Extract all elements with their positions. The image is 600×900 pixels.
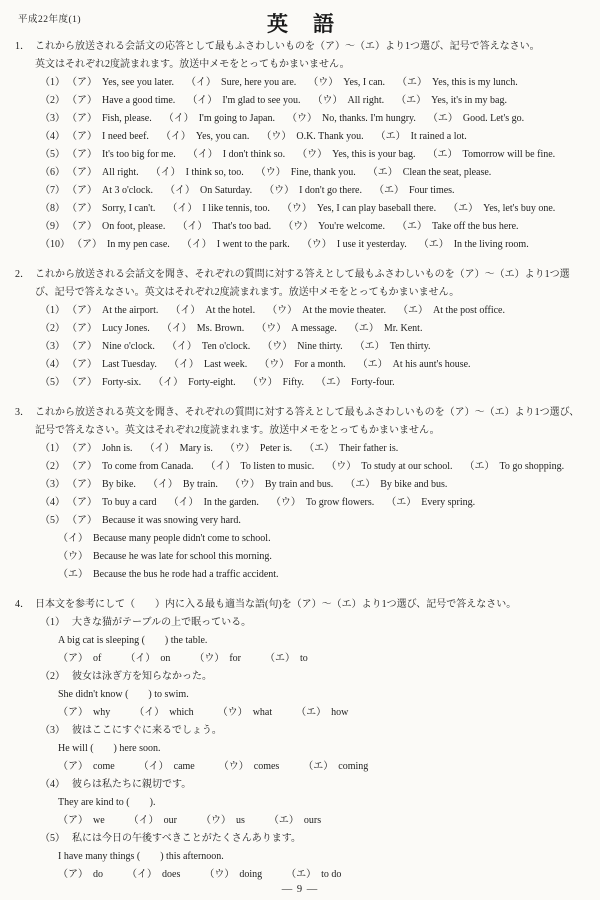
option-text: ours [304, 815, 321, 826]
option-marker: （イ） [167, 203, 197, 214]
question-item: （5）（ア）Forty-six.（イ）Forty-eight.（ウ）Fifty.… [15, 374, 588, 392]
option: （エ）Forty-four. [316, 377, 395, 388]
option-marker: （ウ） [282, 203, 312, 214]
option-text: At 3 o'clock. [102, 185, 153, 196]
question-item: （5）（ア）Because it was snowing very hard. [15, 512, 588, 530]
option-text: on [160, 653, 170, 664]
option: （エ）how [296, 707, 348, 718]
question-item: （2）（ア）To come from Canada.（イ）To listen t… [15, 458, 588, 476]
option: （ア）At 3 o'clock. [72, 185, 153, 196]
option-marker: （ア） [58, 761, 88, 772]
section-instruction: 英文はそれぞれ2度読まれます。放送中メモをとってもかまいません。 [35, 59, 350, 70]
option-marker: （エ） [428, 149, 458, 160]
option-text: O.K. Thank you. [296, 131, 363, 142]
option-marker: （ウ） [194, 653, 224, 664]
option: （ウ）us [201, 815, 245, 826]
item-number: （2） [40, 671, 65, 682]
option-marker: （イ） [125, 653, 155, 664]
item-number: （4） [40, 359, 65, 370]
option-marker: （エ） [419, 239, 449, 250]
section-number: 2． [15, 266, 35, 284]
option-text: Fifty. [283, 377, 304, 388]
option-marker: （イ） [58, 533, 88, 544]
item-options-line: （ア）come（イ）came（ウ）comes（エ）coming [15, 758, 588, 776]
option: （エ）Take off the bus here. [397, 221, 519, 232]
option-text: Because many people didn't come to schoo… [93, 533, 271, 544]
section-instruction: 記号で答えなさい。英文はそれぞれ2度読まれます。放送中メモをとってもかまいません… [35, 425, 440, 436]
option: （エ）to [265, 653, 308, 664]
option: （イ）That's too bad. [177, 221, 271, 232]
option-text: doing [239, 869, 262, 880]
option: （イ）I think so, too. [151, 167, 244, 178]
section-2: 2．これから放送される会話文を聞き、それぞれの質問に対する答えとして最もふさわし… [15, 266, 588, 392]
option: （ア）Yes, see you later. [72, 77, 174, 88]
option: （ウ）doing [204, 869, 262, 880]
option-marker: （ウ） [271, 497, 301, 508]
option-marker: （イ） [187, 95, 217, 106]
option-text: to [300, 653, 308, 664]
option: （イ）On Saturday. [165, 185, 252, 196]
option: （エ）Mr. Kent. [349, 323, 423, 334]
item-japanese-sentence: 私には今日の午後すべきことがたくさんあります。 [72, 833, 301, 844]
option-text: Take off the bus here. [432, 221, 519, 232]
option: （エ）It rained a lot. [376, 131, 467, 142]
option-marker: （ア） [58, 653, 88, 664]
section-number: 4． [15, 596, 35, 614]
item-number: （1） [40, 305, 65, 316]
option-text: To grow flowers. [306, 497, 374, 508]
option-text: Every spring. [421, 497, 475, 508]
option-marker: （ア） [72, 221, 97, 232]
option-marker: （イ） [127, 869, 157, 880]
option-text: That's too bad. [212, 221, 271, 232]
option-text: Mr. Kent. [384, 323, 423, 334]
option-marker: （エ） [296, 707, 326, 718]
option-text: Ms. Brown. [197, 323, 245, 334]
option-text: No, thanks. I'm hungry. [322, 113, 416, 124]
item-number: （3） [40, 479, 65, 490]
option-marker: （イ） [169, 497, 199, 508]
item-number: （3） [40, 725, 65, 736]
option-text: I went to the park. [217, 239, 290, 250]
question-item: （2）彼女は泳ぎ方を知らなかった。 [15, 668, 588, 686]
option: （ウ）Peter is. [225, 443, 292, 454]
option-marker: （ウ） [262, 341, 292, 352]
question-item: （1）（ア）John is.（イ）Mary is.（ウ）Peter is.（エ）… [15, 440, 588, 458]
option-marker: （ウ） [313, 95, 343, 106]
option: （ア）Nine o'clock. [72, 341, 155, 352]
option-marker: （ア） [58, 869, 88, 880]
option-marker: （ウ） [287, 113, 317, 124]
option: （イ）came [139, 761, 195, 772]
item-number: （5） [40, 833, 65, 844]
item-number: （1） [40, 617, 65, 628]
option-marker: （イ） [148, 479, 178, 490]
option-marker: （エ） [358, 359, 388, 370]
option-text: In my pen case. [107, 239, 170, 250]
option: （エ）Tomorrow will be fine. [428, 149, 556, 160]
item-options-line: （ア）of（イ）on（ウ）for（エ）to [15, 650, 588, 668]
item-japanese-sentence: 大きな猫がテーブルの上で眠っている。 [72, 617, 251, 628]
option: （ア）do [58, 869, 103, 880]
option: （ウ）Yes, this is your bag. [297, 149, 415, 160]
option-text: John is. [102, 443, 133, 454]
option-marker: （ア） [77, 239, 102, 250]
option-marker: （ア） [72, 305, 97, 316]
item-english-line: He will ( ) here soon. [15, 740, 588, 758]
option-marker: （イ） [169, 359, 199, 370]
option-text: we [93, 815, 105, 826]
question-item: （6）（ア）All right.（イ）I think so, too.（ウ）Fi… [15, 164, 588, 182]
question-item: （7）（ア）At 3 o'clock.（イ）On Saturday.（ウ）I d… [15, 182, 588, 200]
item-number: （9） [40, 221, 65, 232]
item-option-line: （エ）Because the bus he rode had a traffic… [15, 566, 588, 584]
option: （ウ）Yes, I can play baseball there. [282, 203, 436, 214]
option: （イ）Ten o'clock. [167, 341, 250, 352]
question-item: （1）大きな猫がテーブルの上で眠っている。 [15, 614, 588, 632]
option: （ウ）A message. [256, 323, 337, 334]
item-english-line: I have many things ( ) this afternoon. [15, 848, 588, 866]
option: （ウ）Because he was late for school this m… [58, 551, 272, 562]
option-marker: （ア） [72, 479, 97, 490]
option-marker: （ウ） [201, 815, 231, 826]
option: （エ）Every spring. [386, 497, 475, 508]
item-number: （5） [40, 515, 65, 526]
option: （イ）Last week. [169, 359, 247, 370]
option: （エ）By bike and bus. [345, 479, 447, 490]
option-text: Sorry, I can't. [102, 203, 155, 214]
option-marker: （エ） [304, 443, 334, 454]
option-text: our [164, 815, 177, 826]
option-text: To buy a card [102, 497, 157, 508]
option: （エ）In the living room. [419, 239, 529, 250]
option-marker: （イ） [177, 221, 207, 232]
item-english-sentence: She didn't know ( ) to swim. [58, 689, 189, 700]
option: （イ）Sure, here you are. [186, 77, 296, 88]
option-text: Forty-four. [351, 377, 395, 388]
option-marker: （ウ） [259, 359, 289, 370]
option-text: Because he was late for school this morn… [93, 551, 272, 562]
option: （ア）In my pen case. [77, 239, 170, 250]
question-item: （4）（ア）I need beef.（イ）Yes, you can.（ウ）O.K… [15, 128, 588, 146]
option: （イ）I'm going to Japan. [164, 113, 275, 124]
option: （イ）which [134, 707, 193, 718]
section-heading-line: 2．これから放送される会話文を聞き、それぞれの質問に対する答えとして最もふさわし… [15, 266, 588, 284]
option-text: Because the bus he rode had a traffic ac… [93, 569, 279, 580]
option: （エ）Ten thirty. [355, 341, 431, 352]
option-text: I need beef. [102, 131, 149, 142]
option: （エ）ours [269, 815, 321, 826]
option-text: which [169, 707, 193, 718]
option-marker: （ア） [72, 131, 97, 142]
option-text: It rained a lot. [411, 131, 467, 142]
option: （ウ）You're welcome. [283, 221, 385, 232]
item-number: （6） [40, 167, 65, 178]
option: （ア）Fish, please. [72, 113, 152, 124]
item-english-sentence: They are kind to ( ). [58, 797, 155, 808]
option: （ウ）Fine, thank you. [256, 167, 356, 178]
option: （エ）Yes, let's buy one. [448, 203, 555, 214]
option: （ウ）Yes, I can. [308, 77, 385, 88]
option-marker: （ア） [72, 341, 97, 352]
option: （ア）Forty-six. [72, 377, 141, 388]
option-marker: （ウ） [225, 443, 255, 454]
option-text: Yes, I can play baseball there. [317, 203, 436, 214]
question-item: （4）（ア）To buy a card（イ）In the garden.（ウ）T… [15, 494, 588, 512]
option-text: Yes, I can. [343, 77, 385, 88]
item-number: （2） [40, 95, 65, 106]
option-text: Forty-eight. [188, 377, 236, 388]
item-options-line: （ア）do（イ）does（ウ）doing（エ）to do [15, 866, 588, 884]
option-text: You're welcome. [318, 221, 385, 232]
option-marker: （エ） [316, 377, 346, 388]
section-1: 1．これから放送される会話文の応答として最もふさわしいものを（ア）～（エ）より1… [15, 38, 588, 254]
option-marker: （ウ） [204, 869, 234, 880]
item-japanese-sentence: 彼はここにすぐに来るでしょう。 [72, 725, 222, 736]
option: （エ）Their father is. [304, 443, 398, 454]
option-marker: （ウ） [302, 239, 332, 250]
option-marker: （ウ） [297, 149, 327, 160]
option: （ア）Lucy Jones. [72, 323, 150, 334]
option: （エ）At the post office. [398, 305, 505, 316]
option-text: At the post office. [433, 305, 505, 316]
section-heading-line: 3．これから放送される英文を聞き、それぞれの質問に対する答えとして最もふさわしい… [15, 404, 588, 422]
option: （ア）To come from Canada. [72, 461, 194, 472]
option: （ア）why [58, 707, 110, 718]
option-text: Fish, please. [102, 113, 152, 124]
option: （エ）to do [286, 869, 341, 880]
option-text: I like tennis, too. [202, 203, 270, 214]
option: （ウ）To study at our school. [326, 461, 452, 472]
option-text: To listen to music. [241, 461, 315, 472]
option-text: I use it yesterday. [337, 239, 407, 250]
option: （ア）All right. [72, 167, 139, 178]
option-marker: （イ） [129, 815, 159, 826]
item-options-line: （ア）why（イ）which（ウ）what（エ）how [15, 704, 588, 722]
option-text: For a month. [294, 359, 345, 370]
option-text: Yes, this is my lunch. [432, 77, 518, 88]
option-marker: （ウ） [256, 323, 286, 334]
option-text: I'm glad to see you. [222, 95, 300, 106]
option-marker: （イ） [182, 239, 212, 250]
option-text: I think so, too. [186, 167, 244, 178]
option-text: for [229, 653, 241, 664]
option: （ウ）I don't go there. [264, 185, 362, 196]
option: （イ）our [129, 815, 177, 826]
option: （ウ）Nine thirty. [262, 341, 342, 352]
option-text: Mary is. [180, 443, 213, 454]
option-marker: （エ） [374, 185, 404, 196]
item-number: （4） [40, 497, 65, 508]
question-item: （1）（ア）Yes, see you later.（イ）Sure, here y… [15, 74, 588, 92]
section-number: 3． [15, 404, 35, 422]
option-marker: （イ） [161, 131, 191, 142]
option-text: To study at our school. [361, 461, 452, 472]
option: （ア）On foot, please. [72, 221, 165, 232]
option-marker: （エ） [349, 323, 379, 334]
question-item: （3）（ア）Nine o'clock.（イ）Ten o'clock.（ウ）Nin… [15, 338, 588, 356]
item-option-line: （ウ）Because he was late for school this m… [15, 548, 588, 566]
section-instruction-line: 記号で答えなさい。英文はそれぞれ2度読まれます。放送中メモをとってもかまいません… [15, 422, 588, 440]
option-marker: （ウ） [264, 185, 294, 196]
option: （ア）of [58, 653, 101, 664]
option: （エ）Four times. [374, 185, 455, 196]
option-text: comes [254, 761, 280, 772]
page-number: — 9 — [0, 884, 600, 895]
option-text: Yes, let's buy one. [483, 203, 555, 214]
item-option-line: （イ）Because many people didn't come to sc… [15, 530, 588, 548]
option-marker: （ウ） [256, 167, 286, 178]
option: （ウ）what [218, 707, 272, 718]
section-instruction: これから放送される会話文の応答として最もふさわしいものを（ア）～（エ）より1つ選… [35, 41, 540, 52]
option-text: On Saturday. [200, 185, 252, 196]
option-text: I don't go there. [299, 185, 362, 196]
option: （ウ）For a month. [259, 359, 345, 370]
question-item: （5）（ア）It's too big for me.（イ）I don't thi… [15, 146, 588, 164]
question-sections: 1．これから放送される会話文の応答として最もふさわしいものを（ア）～（エ）より1… [15, 38, 588, 884]
option: （エ）Because the bus he rode had a traffic… [58, 569, 279, 580]
option-marker: （ウ） [308, 77, 338, 88]
option: （ア）I need beef. [72, 131, 149, 142]
option: （ウ）for [194, 653, 241, 664]
option-text: Lucy Jones. [102, 323, 150, 334]
section-4: 4．日本文を参考にして（ ）内に入る最も適当な語(句)を（ア）～（エ）より1つ選… [15, 596, 588, 884]
question-item: （5）私には今日の午後すべきことがたくさんあります。 [15, 830, 588, 848]
option: （ア）we [58, 815, 105, 826]
option-marker: （エ） [397, 77, 427, 88]
option-marker: （イ） [167, 341, 197, 352]
option-marker: （ウ） [267, 305, 297, 316]
option: （イ）To listen to music. [206, 461, 315, 472]
option-text: I don't think so. [223, 149, 285, 160]
question-item: （8）（ア）Sorry, I can't.（イ）I like tennis, t… [15, 200, 588, 218]
option: （イ）I'm glad to see you. [187, 95, 300, 106]
question-item: （3）彼はここにすぐに来るでしょう。 [15, 722, 588, 740]
option-marker: （ウ） [248, 377, 278, 388]
option-text: Because it was snowing very hard. [102, 515, 241, 526]
option: （ウ）Fifty. [248, 377, 304, 388]
option-text: By train. [183, 479, 218, 490]
option-marker: （エ） [265, 653, 295, 664]
option: （ウ）By train and bus. [230, 479, 333, 490]
section-instruction-line: 英文はそれぞれ2度読まれます。放送中メモをとってもかまいません。 [15, 56, 588, 74]
option-marker: （ア） [72, 497, 97, 508]
option-text: Yes, this is your bag. [332, 149, 415, 160]
option-text: To go shopping. [500, 461, 565, 472]
item-number: （4） [40, 779, 65, 790]
item-number: （10） [40, 239, 70, 250]
option: （エ）coming [303, 761, 368, 772]
option: （イ）In the garden. [169, 497, 259, 508]
option: （ウ）No, thanks. I'm hungry. [287, 113, 416, 124]
option-marker: （エ） [269, 815, 299, 826]
question-item: （9）（ア）On foot, please.（イ）That's too bad.… [15, 218, 588, 236]
option-text: Clean the seat, please. [403, 167, 492, 178]
option-text: come [93, 761, 115, 772]
section-3: 3．これから放送される英文を聞き、それぞれの質問に対する答えとして最もふさわしい… [15, 404, 588, 584]
option-text: I'm going to Japan. [199, 113, 275, 124]
item-japanese-sentence: 彼らは私たちに親切です。 [72, 779, 191, 790]
option-text: By train and bus. [265, 479, 333, 490]
option: （ウ）All right. [313, 95, 385, 106]
option-marker: （ウ） [261, 131, 291, 142]
option-marker: （ア） [58, 707, 88, 718]
option: （イ）Because many people didn't come to sc… [58, 533, 271, 544]
exam-page: 平成22年度(1) 英 語 1．これから放送される会話文の応答として最もふさわし… [0, 0, 600, 900]
option-text: Last week. [204, 359, 247, 370]
option-marker: （ア） [72, 359, 97, 370]
item-english-line: A big cat is sleeping ( ) the table. [15, 632, 588, 650]
option: （エ）Yes, it's in my bag. [396, 95, 507, 106]
option-marker: （エ） [368, 167, 398, 178]
option-text: Good. Let's go. [463, 113, 524, 124]
option-text: Peter is. [260, 443, 292, 454]
question-item: （10）（ア）In my pen case.（イ）I went to the p… [15, 236, 588, 254]
item-number: （5） [40, 149, 65, 160]
page-header: 平成22年度(1) 英 語 [15, 8, 588, 34]
item-english-line: They are kind to ( ). [15, 794, 588, 812]
option-marker: （ア） [72, 149, 97, 160]
option-text: In the living room. [454, 239, 529, 250]
option: （ウ）I use it yesterday. [302, 239, 407, 250]
option-text: In the garden. [204, 497, 259, 508]
item-english-sentence: A big cat is sleeping ( ) the table. [58, 635, 207, 646]
item-number: （1） [40, 77, 65, 88]
option-text: All right. [348, 95, 385, 106]
option: （ウ）At the movie theater. [267, 305, 386, 316]
option-marker: （ア） [72, 185, 97, 196]
option-marker: （イ） [134, 707, 164, 718]
option-marker: （エ） [58, 569, 88, 580]
item-english-sentence: I have many things ( ) this afternoon. [58, 851, 224, 862]
option-text: At his aunt's house. [393, 359, 471, 370]
option-marker: （イ） [151, 167, 181, 178]
option: （イ）I like tennis, too. [167, 203, 270, 214]
item-number: （2） [40, 461, 65, 472]
option-text: Last Tuesday. [102, 359, 157, 370]
option-text: It's too big for me. [102, 149, 176, 160]
item-number: （8） [40, 203, 65, 214]
option-marker: （ア） [72, 377, 97, 388]
section-heading-line: 4．日本文を参考にして（ ）内に入る最も適当な語(句)を（ア）～（エ）より1つ選… [15, 596, 588, 614]
option: （エ）At his aunt's house. [358, 359, 471, 370]
option-text: Yes, it's in my bag. [431, 95, 507, 106]
item-options-line: （ア）we（イ）our（ウ）us（エ）ours [15, 812, 588, 830]
option-text: Their father is. [339, 443, 398, 454]
option-marker: （イ） [165, 185, 195, 196]
option-text: what [253, 707, 272, 718]
option-text: to do [321, 869, 341, 880]
item-japanese-sentence: 彼女は泳ぎ方を知らなかった。 [72, 671, 212, 682]
option-marker: （ア） [72, 515, 97, 526]
option: （エ）To go shopping. [465, 461, 565, 472]
option-text: coming [338, 761, 368, 772]
option-text: Tomorrow will be fine. [463, 149, 556, 160]
page-title: 英 語 [15, 8, 588, 38]
option-text: do [93, 869, 103, 880]
option-marker: （エ） [303, 761, 333, 772]
item-number: （5） [40, 377, 65, 388]
option-text: of [93, 653, 101, 664]
option-marker: （エ） [345, 479, 375, 490]
option: （ア）Last Tuesday. [72, 359, 157, 370]
option-marker: （イ） [145, 443, 175, 454]
option-text: All right. [102, 167, 139, 178]
section-instruction: び、記号で答えなさい。英文はそれぞれ2度読まれます。放送中メモをとってもかまいま… [35, 287, 459, 298]
option-marker: （イ） [153, 377, 183, 388]
option: （イ）By train. [148, 479, 218, 490]
question-item: （2）（ア）Lucy Jones.（イ）Ms. Brown.（ウ）A messa… [15, 320, 588, 338]
